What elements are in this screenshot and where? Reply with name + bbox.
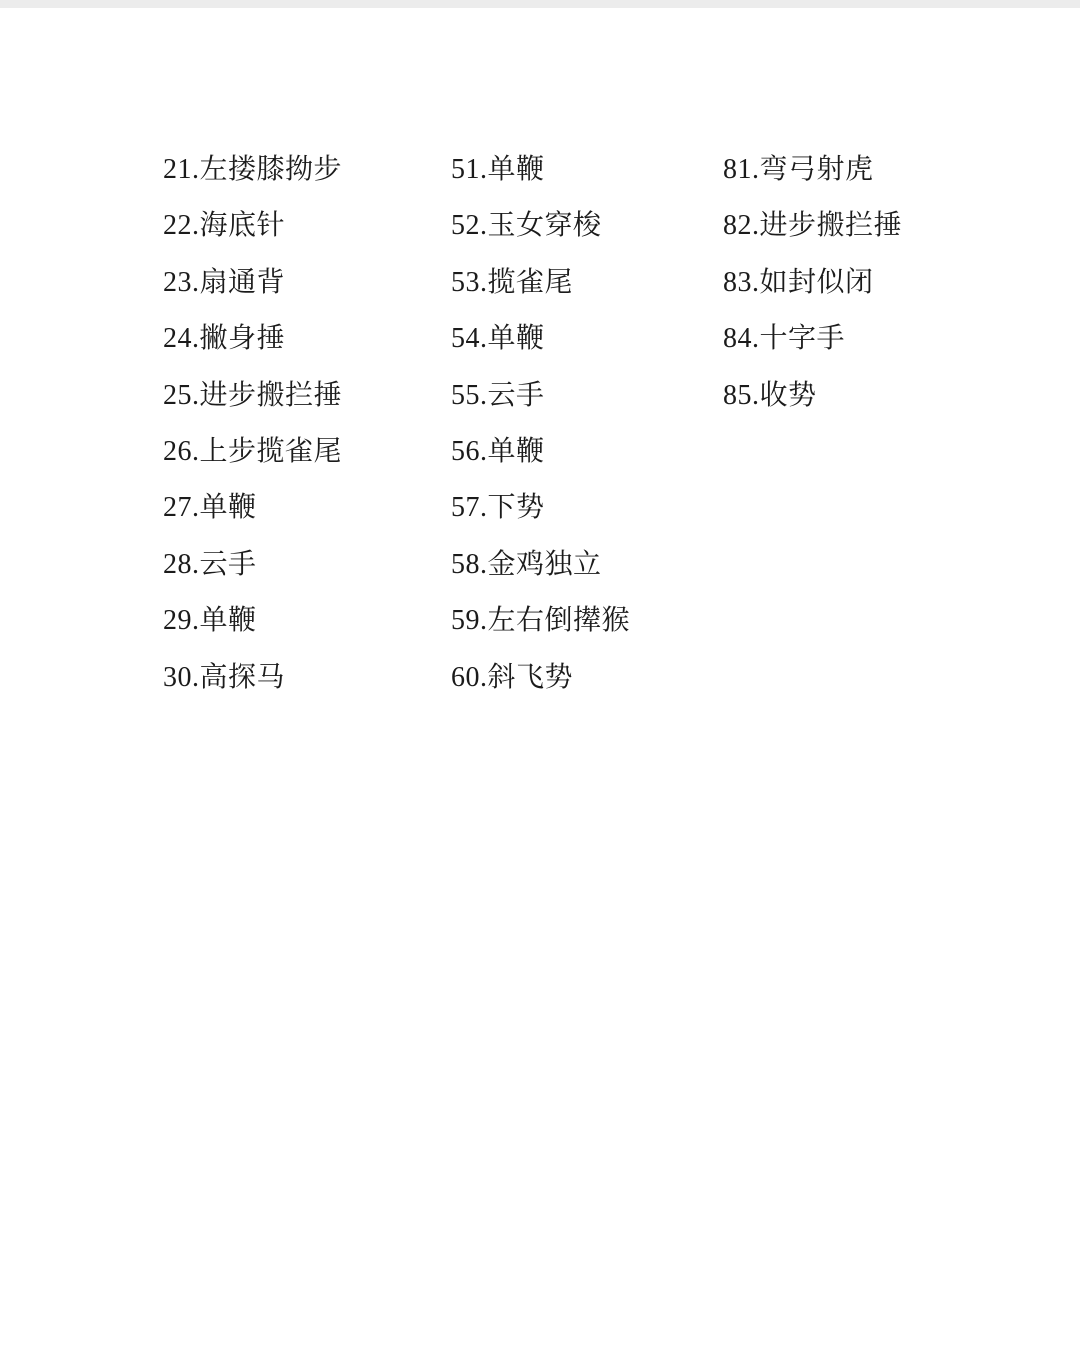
list-item: 85.收势 — [723, 368, 902, 424]
list-item: 51.单鞭 — [451, 142, 630, 198]
list-item: 81.弯弓射虎 — [723, 142, 902, 198]
list-item: 83.如封似闭 — [723, 255, 902, 311]
list-item: 60.斜飞势 — [451, 650, 630, 706]
list-item: 54.单鞭 — [451, 311, 630, 367]
list-item: 30.高探马 — [163, 650, 342, 706]
top-strip — [0, 0, 1080, 8]
document-page: 21.左搂膝拗步22.海底针23.扇通背24.撇身捶25.进步搬拦捶26.上步揽… — [0, 8, 1080, 1368]
list-item: 57.下势 — [451, 480, 630, 536]
list-item: 56.单鞭 — [451, 424, 630, 480]
list-item: 84.十字手 — [723, 311, 902, 367]
list-item: 23.扇通背 — [163, 255, 342, 311]
list-item: 82.进步搬拦捶 — [723, 198, 902, 254]
list-item: 21.左搂膝拗步 — [163, 142, 342, 198]
list-item: 58.金鸡独立 — [451, 537, 630, 593]
movement-list-column-1: 21.左搂膝拗步22.海底针23.扇通背24.撇身捶25.进步搬拦捶26.上步揽… — [163, 142, 342, 706]
list-item: 59.左右倒撵猴 — [451, 593, 630, 649]
list-item: 53.揽雀尾 — [451, 255, 630, 311]
list-item: 24.撇身捶 — [163, 311, 342, 367]
list-item: 52.玉女穿梭 — [451, 198, 630, 254]
movement-list-column-3: 81.弯弓射虎82.进步搬拦捶83.如封似闭84.十字手85.收势 — [723, 142, 902, 424]
list-item: 25.进步搬拦捶 — [163, 368, 342, 424]
list-item: 22.海底针 — [163, 198, 342, 254]
list-item: 27.单鞭 — [163, 480, 342, 536]
list-item: 29.单鞭 — [163, 593, 342, 649]
list-item: 28.云手 — [163, 537, 342, 593]
list-item: 55.云手 — [451, 368, 630, 424]
list-item: 26.上步揽雀尾 — [163, 424, 342, 480]
movement-list-column-2: 51.单鞭52.玉女穿梭53.揽雀尾54.单鞭55.云手56.单鞭57.下势58… — [451, 142, 630, 706]
